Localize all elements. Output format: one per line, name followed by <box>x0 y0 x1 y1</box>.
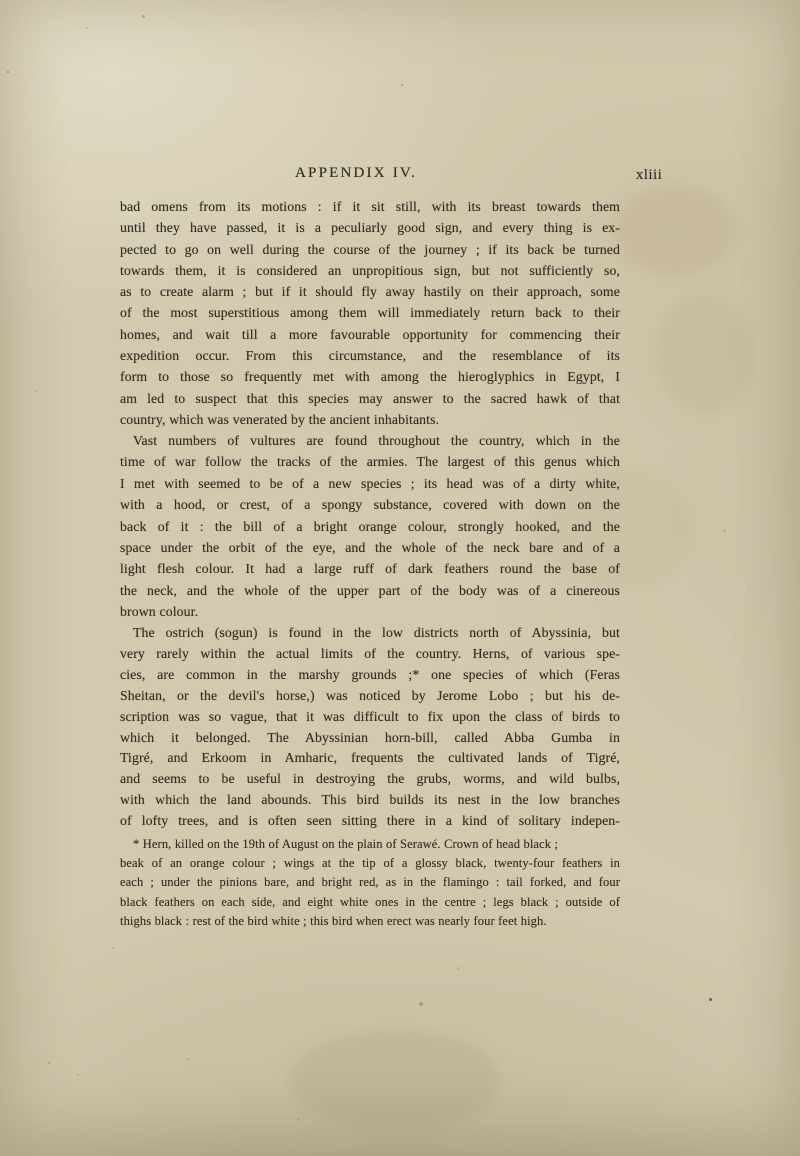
text-line: pected to go on well during the course o… <box>120 239 620 260</box>
paper-speck <box>142 15 145 18</box>
text-line: until they have passed, it is a peculiar… <box>120 217 620 238</box>
footnote-line: black feathers on each side, and eight w… <box>120 893 620 912</box>
paper-speck <box>112 947 114 949</box>
text-line: of the most superstitious among them wil… <box>120 302 620 323</box>
paper-speck <box>7 71 9 73</box>
text-line: cies, are common in the marshy grounds ;… <box>120 665 620 686</box>
paper-speck <box>401 84 403 86</box>
paper-stain <box>615 185 735 275</box>
text-line: Sheitan, or the devil's horse,) was noti… <box>120 686 620 707</box>
paper-speck <box>709 998 712 1001</box>
paper-stain <box>290 1030 500 1130</box>
text-line: which it belonged. The Abyssinian horn-b… <box>120 728 620 749</box>
paper-speck <box>48 1062 50 1064</box>
paper-speck <box>187 1058 189 1060</box>
text-line: space under the orbit of the eye, and th… <box>120 537 620 558</box>
paper-speck <box>77 1074 79 1076</box>
footnote-line: beak of an orange colour ; wings at the … <box>120 854 620 873</box>
text-line: am led to suspect that this species may … <box>120 388 620 409</box>
running-head: APPENDIX IV. <box>120 165 592 182</box>
text-line: time of war follow the tracks of the arm… <box>120 451 620 472</box>
text-line: the neck, and the whole of the upper par… <box>120 580 620 601</box>
paper-speck <box>419 1002 423 1006</box>
text-line: Tigré, and Erkoom in Amharic, frequents … <box>120 748 620 769</box>
text-line: country, which was venerated by the anci… <box>120 409 620 430</box>
footnote: * Hern, killed on the 19th of August on … <box>120 835 620 931</box>
text-line: back of it : the bill of a bright orange… <box>120 516 620 537</box>
text-line: towards them, it is considered an unprop… <box>120 260 620 281</box>
paragraph: Vast numbers of vultures are found throu… <box>120 430 620 623</box>
text-line: and seems to be useful in destroying the… <box>120 769 620 790</box>
footnote-line: * Hern, killed on the 19th of August on … <box>120 835 620 854</box>
text-line: homes, and wait till a more favourable o… <box>120 324 620 345</box>
text-line: Vast numbers of vultures are found throu… <box>120 430 620 451</box>
footnote-line: thighs black : rest of the bird white ; … <box>120 912 620 931</box>
text-line: expedition occur. From this circumstance… <box>120 345 620 366</box>
text-line: very rarely within the actual limits of … <box>120 644 620 665</box>
footnote-line: each ; under the pinions bare, and brigh… <box>120 873 620 892</box>
text-line: light flesh colour. It had a large ruff … <box>120 558 620 579</box>
text-line: of lofty trees, and is often seen sittin… <box>120 811 620 832</box>
paper-speck <box>297 1118 300 1121</box>
paper-stain <box>655 295 755 415</box>
paper-speck <box>748 586 750 588</box>
text-line: with a hood, or crest, of a spongy subst… <box>120 494 620 515</box>
paper-speck <box>86 27 88 29</box>
paper-speck <box>457 967 460 970</box>
paper-speck <box>723 529 726 532</box>
text-line: with which the land abounds. This bird b… <box>120 790 620 811</box>
text-line: as to create alarm ; but if it should fl… <box>120 281 620 302</box>
text-line: bad omens from its motions : if it sit s… <box>120 196 620 217</box>
paragraph: The ostrich (sogun) is found in the low … <box>120 623 620 832</box>
book-page: APPENDIX IV. xliii bad omens from its mo… <box>0 0 800 1156</box>
page-number: xliii <box>636 167 662 184</box>
text-line: scription was so vague, that it was diff… <box>120 707 620 728</box>
paper-speck <box>35 390 37 392</box>
text-line: form to those so frequently met with amo… <box>120 366 620 387</box>
text-line: I met with seemed to be of a new species… <box>120 473 620 494</box>
text-line: brown colour. <box>120 601 620 622</box>
text-line: The ostrich (sogun) is found in the low … <box>120 623 620 644</box>
paper-speck <box>447 1131 449 1133</box>
paragraph: bad omens from its motions : if it sit s… <box>120 196 620 430</box>
